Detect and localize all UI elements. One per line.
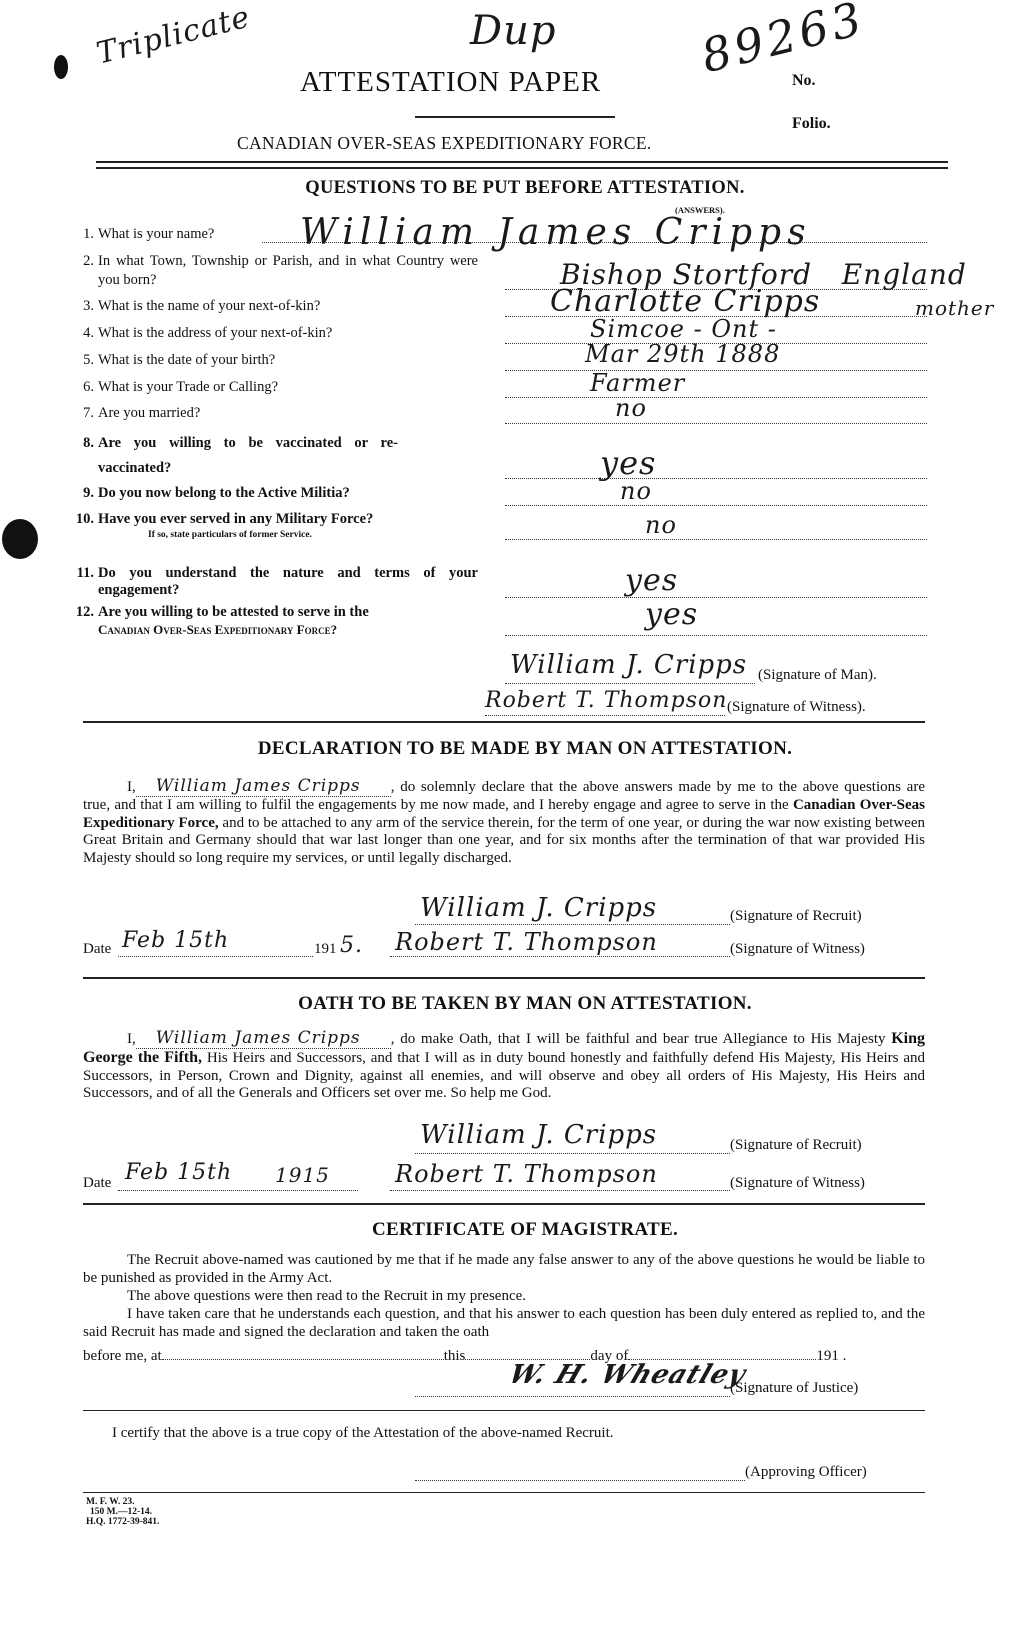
question-9: 9. Do you now belong to the Active Milit… — [98, 484, 478, 503]
signature-witness-line — [485, 715, 725, 716]
question-6: 6. What is your Trade or Calling? — [98, 378, 478, 397]
punch-hole-middle — [2, 519, 38, 559]
oath-name: William James Cripps — [136, 1030, 391, 1049]
declaration-witness-line — [390, 956, 730, 957]
magistrate-para-1: The Recruit above-named was cautioned by… — [83, 1252, 925, 1288]
question-4: 4. What is the address of your next-of-k… — [98, 324, 478, 343]
answer-line-7 — [505, 423, 927, 424]
header-rule-1 — [96, 161, 948, 163]
signature-justice-label: (Signature of Justice) — [730, 1380, 858, 1397]
oath-date-value: Feb 15th — [125, 1160, 232, 1185]
declaration-signature-recruit: William J. Cripps — [420, 893, 657, 923]
annotation-dup: Dup — [470, 8, 556, 54]
question-2: 2. In what Town, Township or Parish, and… — [98, 252, 478, 290]
answer-line-6 — [505, 397, 927, 398]
subtitle: CANADIAN OVER-SEAS EXPEDITIONARY FORCE. — [237, 133, 652, 154]
signature-man-line — [505, 683, 755, 684]
answer-willing-attest: yes — [645, 597, 698, 632]
section-rule-3 — [83, 1203, 925, 1205]
declaration-signature-witness-label: (Signature of Witness) — [730, 941, 865, 958]
annotation-triplicate: Triplicate — [93, 0, 254, 71]
answer-line-5 — [505, 370, 927, 371]
magistrate-heading: CERTIFICATE OF MAGISTRATE. — [105, 1219, 945, 1241]
title-divider — [415, 116, 615, 118]
oath-witness-line — [390, 1190, 730, 1191]
question-10-note: If so, state particulars of former Servi… — [98, 529, 478, 541]
question-8: 8. Are you willing to be vaccinated or r… — [98, 431, 478, 481]
declaration-year-prefix: 191 — [314, 941, 337, 958]
oath-year-value: 1915 — [275, 1163, 330, 1187]
answer-line-8 — [505, 478, 927, 479]
section-rule-1 — [83, 721, 925, 723]
answer-line-11 — [505, 597, 927, 598]
answer-trade: Farmer — [590, 369, 685, 397]
signature-man-label: (Signature of Man). — [758, 667, 877, 684]
oath-date-line — [118, 1190, 358, 1191]
answer-married: no — [615, 394, 647, 422]
magistrate-before-me-line: before me, atthisday of191 . — [83, 1348, 925, 1366]
answer-line-10 — [505, 539, 927, 540]
oath-signature-line — [415, 1153, 730, 1154]
answer-next-of-kin-relation: mother — [915, 296, 994, 320]
approving-officer-line — [415, 1480, 745, 1481]
declaration-signature-line — [415, 924, 730, 925]
answer-line-12 — [505, 635, 927, 636]
signature-justice-line — [415, 1396, 730, 1397]
approving-officer-label: (Approving Officer) — [745, 1464, 867, 1481]
footer-form-code: M. F. W. 23. — [86, 1497, 134, 1507]
oath-signature-recruit: William J. Cripps — [420, 1120, 657, 1150]
declaration-signature-witness: Robert T. Thompson — [395, 928, 658, 956]
question-5: 5. What is the date of your birth? — [98, 351, 478, 370]
magistrate-para-2: The above questions were then read to th… — [83, 1288, 925, 1306]
question-7: 7. Are you married? — [98, 404, 478, 423]
signature-witness-1: Robert T. Thompson — [485, 688, 727, 713]
answer-name: William James Cripps — [300, 212, 812, 253]
question-3: 3. What is the name of your next-of-kin? — [98, 297, 478, 316]
oath-date-label: Date — [83, 1175, 111, 1192]
declaration-name: William James Cripps — [136, 778, 391, 797]
oath-text: I,William James Cripps, do make Oath, th… — [83, 1030, 925, 1103]
header-rule-2 — [96, 167, 948, 169]
answer-line-9 — [505, 505, 927, 506]
answer-understand-engagement: yes — [625, 563, 678, 598]
declaration-signature-recruit-label: (Signature of Recruit) — [730, 908, 862, 925]
certify-text: I certify that the above is a true copy … — [112, 1425, 614, 1442]
question-11: 11. Do you understand the nature and ter… — [98, 565, 478, 599]
no-label: No. — [792, 72, 816, 90]
punch-hole-top — [54, 55, 68, 79]
signature-justice: W. H. Wheatley — [505, 1360, 751, 1390]
answer-next-of-kin: Charlotte Cripps — [550, 284, 820, 319]
declaration-heading: DECLARATION TO BE MADE BY MAN ON ATTESTA… — [105, 738, 945, 760]
questions-heading: QUESTIONS TO BE PUT BEFORE ATTESTATION. — [105, 178, 945, 199]
answer-military-force: no — [645, 511, 677, 539]
question-12: 12. Are you willing to be attested to se… — [98, 604, 478, 639]
signature-man: William J. Cripps — [510, 650, 747, 680]
answer-next-of-kin-address: Simcoe - Ont - — [590, 315, 777, 343]
oath-heading: OATH TO BE TAKEN BY MAN ON ATTESTATION. — [105, 993, 945, 1015]
oath-signature-witness: Robert T. Thompson — [395, 1160, 658, 1188]
question-text: What is your name? — [98, 226, 214, 242]
section-rule-2 — [83, 977, 925, 979]
footer-print-run: 150 M.—12-14. — [90, 1507, 152, 1517]
declaration-text: I,William James Cripps, do solemnly decl… — [83, 778, 925, 868]
declaration-date-line — [118, 956, 313, 957]
answer-birth-date: Mar 29th 1888 — [585, 340, 780, 368]
regimental-number: 89263 — [696, 0, 870, 83]
oath-signature-witness-label: (Signature of Witness) — [730, 1175, 865, 1192]
answer-active-militia: no — [620, 477, 652, 505]
magistrate-place-field — [162, 1359, 444, 1360]
question-10: 10. Have you ever served in any Military… — [98, 510, 478, 541]
footer-hq-code: H.Q. 1772-39-841. — [86, 1517, 159, 1527]
page-title: ATTESTATION PAPER — [300, 66, 601, 99]
declaration-date-label: Date — [83, 941, 111, 958]
magistrate-para-3: I have taken care that he understands ea… — [83, 1306, 925, 1342]
declaration-year-suffix: 5. — [340, 933, 363, 958]
oath-signature-recruit-label: (Signature of Recruit) — [730, 1137, 862, 1154]
section-rule-5 — [83, 1492, 925, 1493]
folio-label: Folio. — [792, 115, 831, 133]
signature-witness-label-1: (Signature of Witness). — [727, 699, 866, 716]
declaration-date-value: Feb 15th — [122, 928, 229, 953]
section-rule-4 — [83, 1410, 925, 1411]
